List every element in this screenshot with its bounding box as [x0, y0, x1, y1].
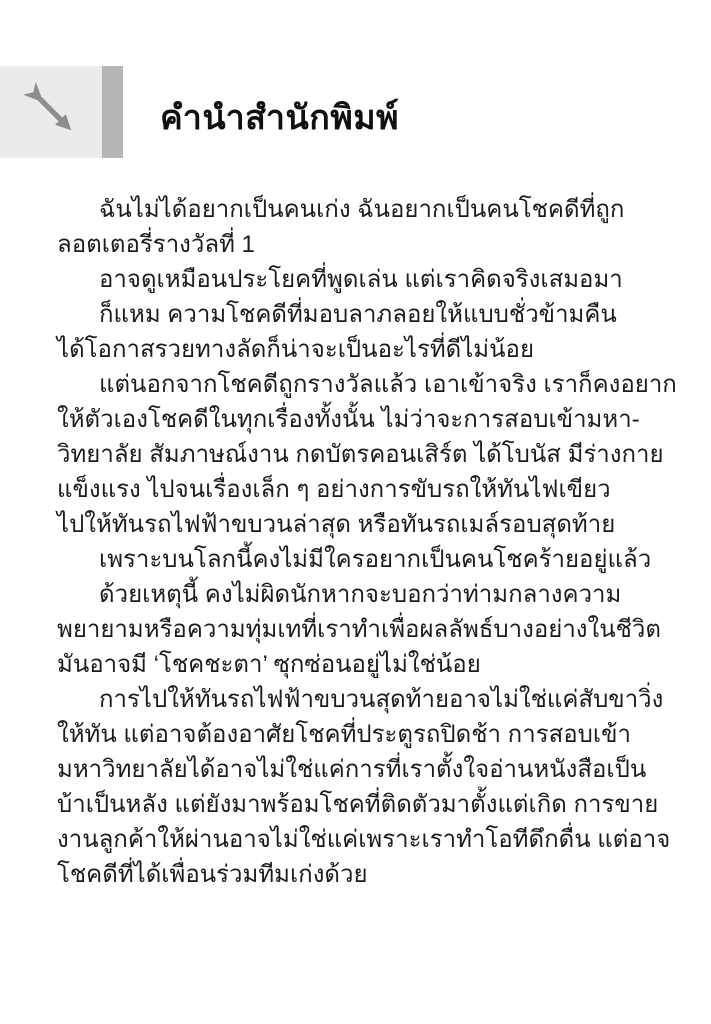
text-line: พยายามหรือความทุ่มเทที่เราทำเพื่อผลลัพธ์…	[57, 612, 657, 647]
text-line: ลอตเตอรี่รางวัลที่ 1	[57, 227, 657, 262]
arrow-down-right-icon	[20, 79, 86, 145]
text-line: มันอาจมี ‘โชคชะตา’ ซุกซ่อนอยู่ไม่ใช่น้อย	[57, 647, 657, 682]
text-line: ไปให้ทันรถไฟฟ้าขบวนล่าสุด หรือทันรถเมล์ร…	[57, 507, 657, 542]
text-line: วิทยาลัย สัมภาษณ์งาน กดบัตรคอนเสิร์ต ได้…	[57, 437, 657, 472]
text-line: ฉันไม่ได้อยากเป็นคนเก่ง ฉันอยากเป็นคนโชค…	[57, 192, 657, 227]
text-line: อาจดูเหมือนประโยคที่พูดเล่น แต่เราคิดจริ…	[57, 262, 657, 297]
body-text: ฉันไม่ได้อยากเป็นคนเก่ง ฉันอยากเป็นคนโชค…	[57, 192, 657, 892]
text-line: ด้วยเหตุนี้ คงไม่ผิดนักหากจะบอกว่าท่ามกล…	[57, 577, 657, 612]
text-line: บ้าเป็นหลัง แต่ยังมาพร้อมโชคที่ติดตัวมาต…	[57, 787, 657, 822]
preface-header-block	[0, 66, 123, 158]
book-page: คำนำสำนักพิมพ์ ฉันไม่ได้อยากเป็นคนเก่ง ฉ…	[0, 0, 711, 1024]
header-accent-bar	[102, 66, 123, 158]
text-line: มหาวิทยาลัยได้อาจไม่ใช่แค่การที่เราตั้งใ…	[57, 752, 657, 787]
text-line: เพราะบนโลกนี้คงไม่มีใครอยากเป็นคนโชคร้าย…	[57, 542, 657, 577]
text-line: ให้ทัน แต่อาจต้องอาศัยโชคที่ประตูรถปิดช้…	[57, 717, 657, 752]
text-line: การไปให้ทันรถไฟฟ้าขบวนสุดท้ายอาจไม่ใช่แค…	[57, 682, 657, 717]
text-line: แต่นอกจากโชคดีถูกรางวัลแล้ว เอาเข้าจริง …	[57, 367, 657, 402]
page-title: คำนำสำนักพิมพ์	[160, 90, 399, 144]
text-line: โชคดีที่ได้เพื่อนร่วมทีมเก่งด้วย	[57, 857, 657, 892]
text-line: ให้ตัวเองโชคดีในทุกเรื่องทั้งนั้น ไม่ว่า…	[57, 402, 657, 437]
text-line: ได้โอกาสรวยทางลัดก็น่าจะเป็นอะไรที่ดีไม่…	[57, 332, 657, 367]
text-line: ก็แหม ความโชคดีที่มอบลาภลอยให้แบบชั่วข้า…	[57, 297, 657, 332]
text-line: แข็งแรง ไปจนเรื่องเล็ก ๆ อย่างการขับรถให…	[57, 472, 657, 507]
text-line: งานลูกค้าให้ผ่านอาจไม่ใช่แค่เพราะเราทำโอ…	[57, 822, 657, 857]
